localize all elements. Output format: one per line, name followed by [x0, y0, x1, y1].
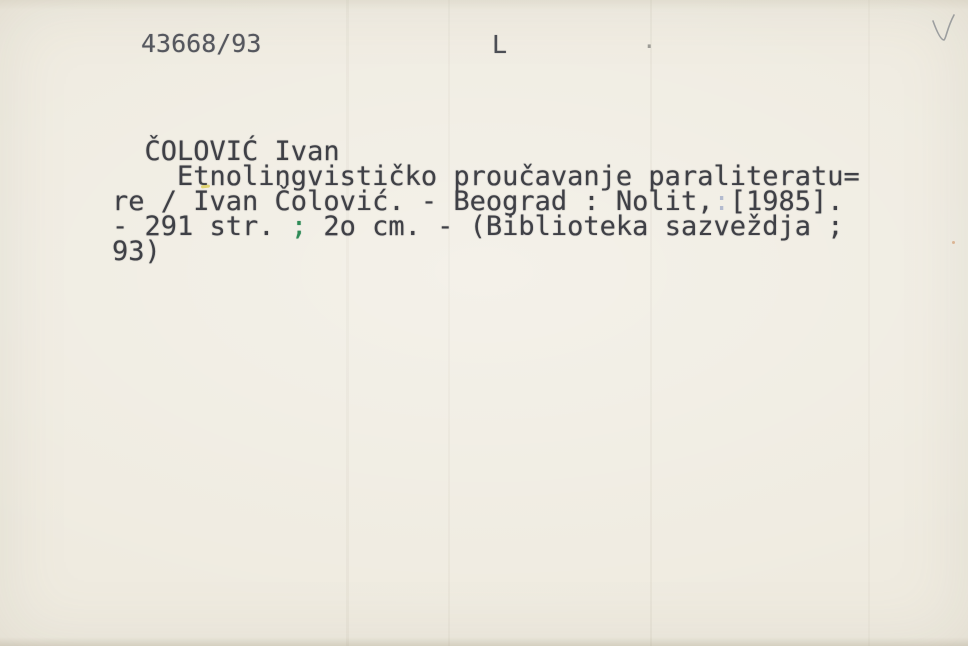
accession-number: 43668/93	[141, 31, 261, 56]
stray-dot: .	[642, 28, 656, 52]
checkmark-icon	[930, 12, 958, 44]
collation-text-post: 2o cm. - (Biblioteka sazveždja ;	[307, 211, 843, 242]
entry-series-line: 93)	[112, 239, 860, 264]
scan-speck	[952, 241, 955, 244]
scan-artifact-colon: :	[713, 186, 729, 217]
entry-collation-line: - 291 str. ; 2o cm. - (Biblioteka sazvež…	[112, 214, 860, 239]
green-semicolon: ;	[291, 211, 307, 242]
catalog-card: 43668/93 L . ČOLOVIĆ Ivan Etnolingvistič…	[0, 0, 968, 646]
catalog-entry: ČOLOVIĆ Ivan Etnolingvističko proučavanj…	[112, 139, 860, 264]
classification-letter: L	[492, 32, 507, 57]
